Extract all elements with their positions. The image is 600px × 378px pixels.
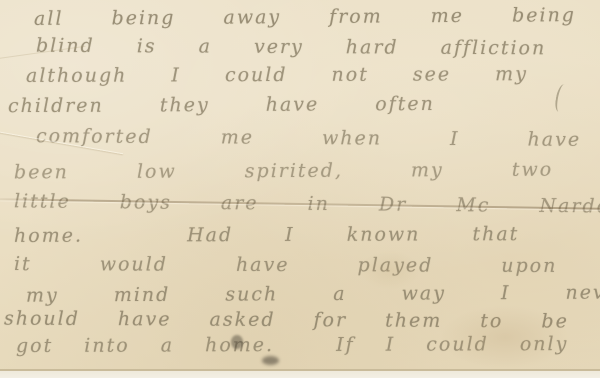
paper-stain xyxy=(440,305,570,370)
letter-scan: all being away from me being blind is a … xyxy=(0,0,600,378)
scan-background-strip xyxy=(0,371,600,378)
handwritten-line: comforted me when I have xyxy=(36,125,581,151)
handwritten-line: home. Had I known that xyxy=(14,223,519,247)
handwritten-line: been low spirited, my two xyxy=(14,159,553,184)
pencil-smudge xyxy=(262,356,279,365)
stray-pencil-stroke xyxy=(554,83,569,112)
handwritten-line: all being away from me being xyxy=(34,4,576,30)
handwritten-line: my mind such a way I never xyxy=(26,281,600,306)
pencil-smudge xyxy=(231,335,243,349)
paper-stain xyxy=(360,250,420,290)
handwritten-line: it would have played upon xyxy=(14,253,557,277)
handwritten-line: blind is a very hard affliction xyxy=(36,35,546,60)
handwritten-line: children they have often xyxy=(8,93,435,117)
letter-page: all being away from me being blind is a … xyxy=(0,0,600,371)
handwritten-line: although I could not see my xyxy=(26,63,528,87)
